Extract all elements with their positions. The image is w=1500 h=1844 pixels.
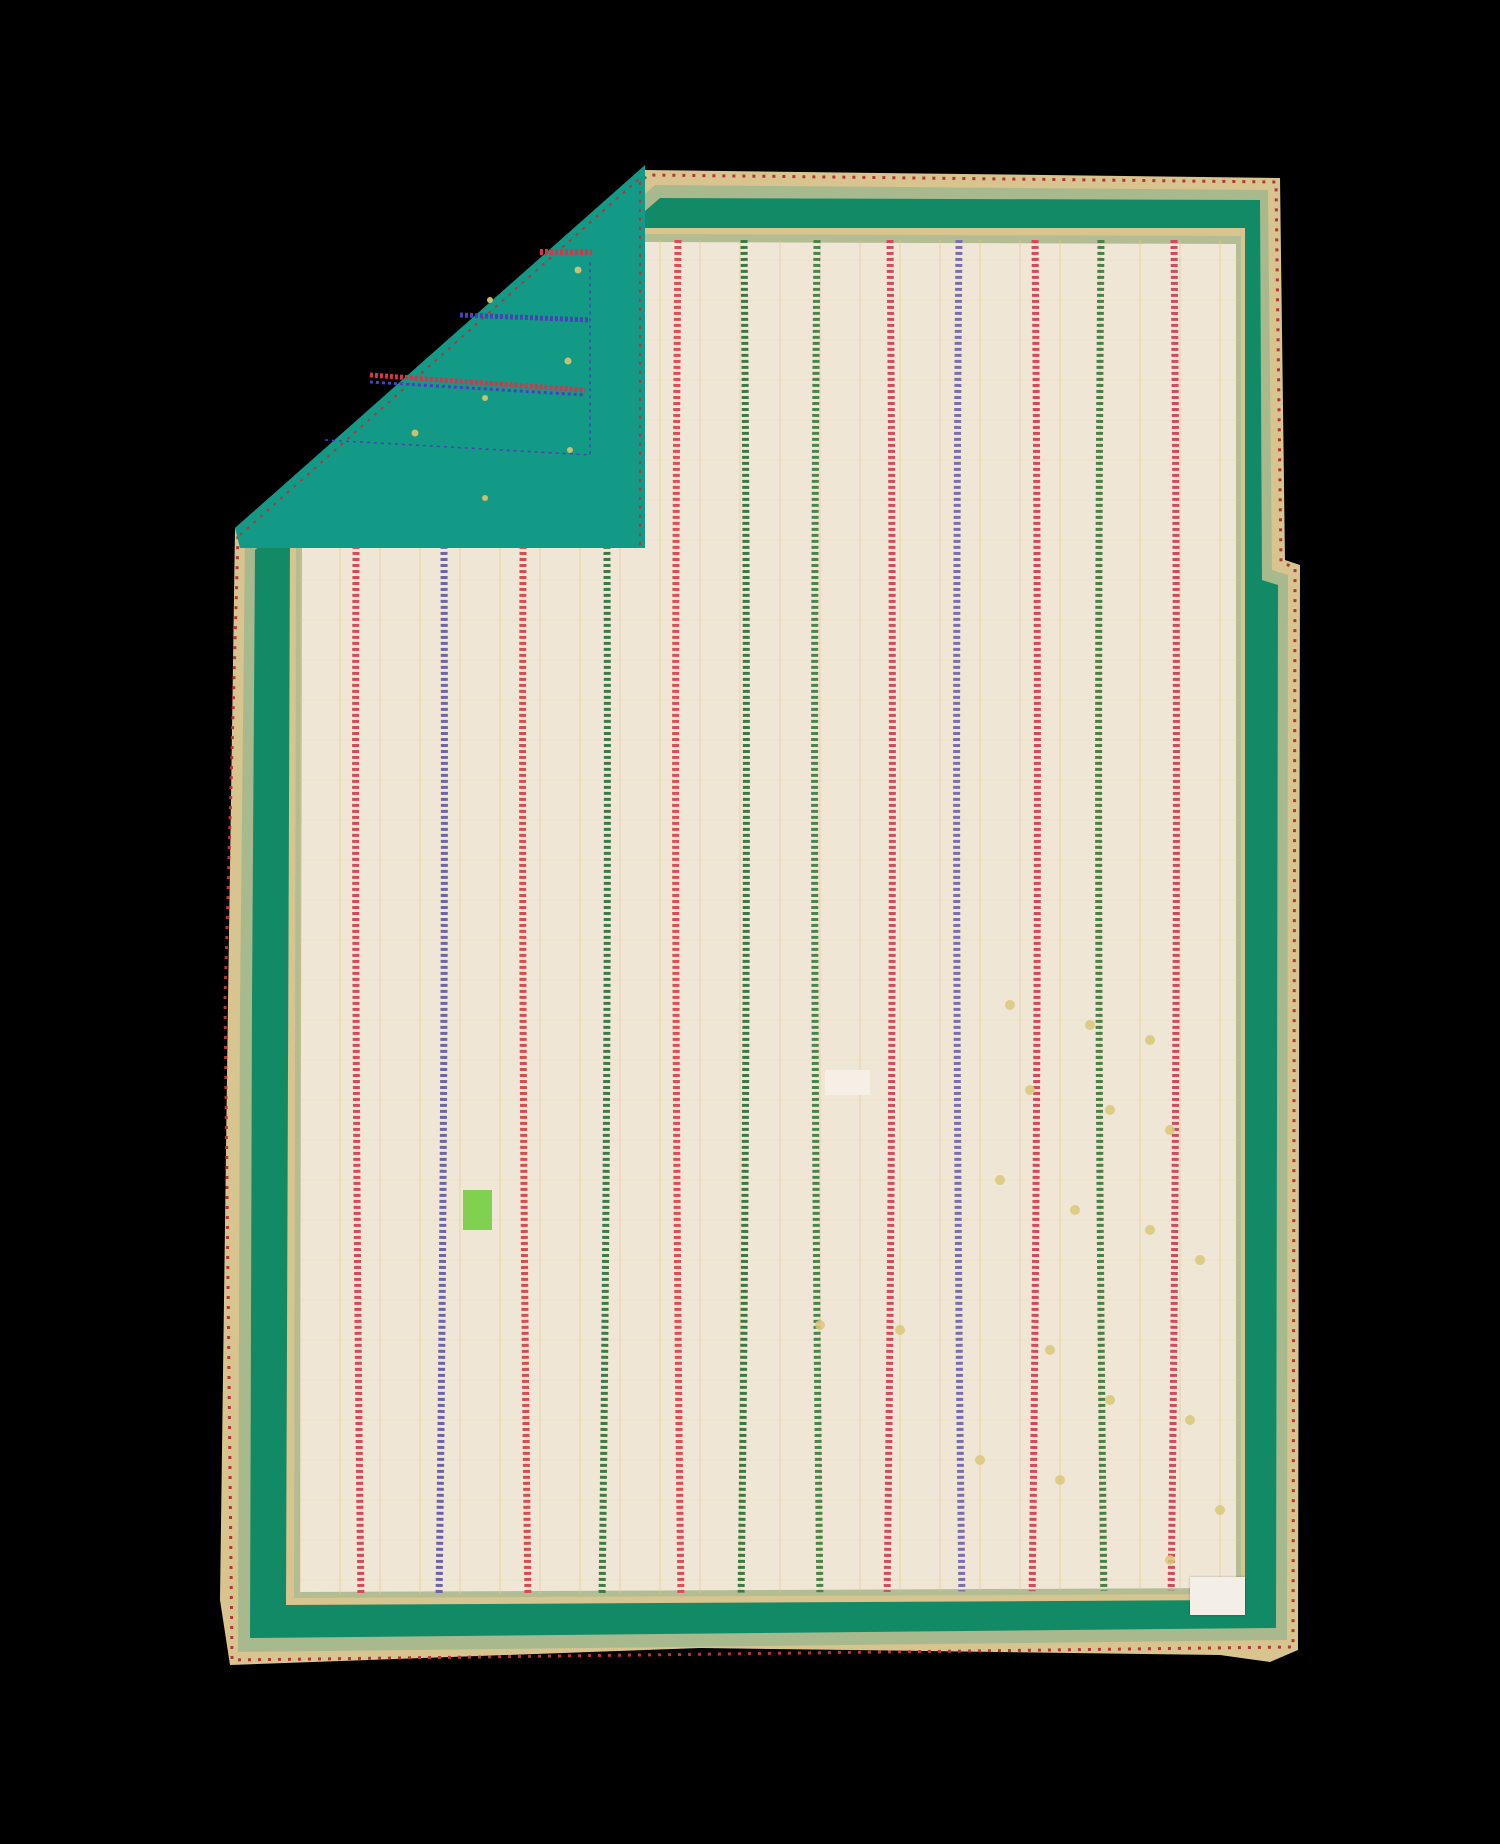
green-patch xyxy=(463,1190,492,1230)
white-patch xyxy=(825,1070,870,1095)
quilt-brand-label xyxy=(1190,1577,1245,1615)
folded-corner xyxy=(235,165,645,548)
quilt-photo xyxy=(0,0,1500,1844)
folded-corner-back xyxy=(235,165,645,548)
